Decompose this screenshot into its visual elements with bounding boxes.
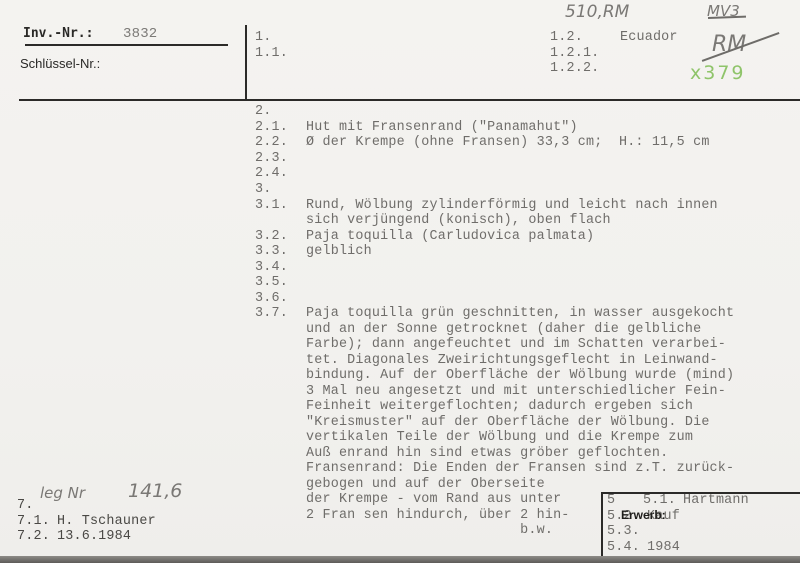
acquisition-box-left — [601, 492, 603, 563]
acquisition-row: 5.3. — [607, 524, 749, 540]
row-number: 3.6. — [255, 291, 306, 307]
row-text: gelblich — [306, 244, 372, 259]
section-number: 5 — [607, 493, 643, 509]
list-item: Feinheit weitergeflochten; dadurch ergeb… — [255, 399, 734, 415]
row-origin: 1.2.Ecuador — [550, 30, 678, 46]
row-number: 7.1. — [17, 514, 57, 530]
list-item: 3.3.gelblich — [255, 244, 734, 260]
spacer — [245, 100, 246, 400]
vendor-name: Hartmann — [683, 493, 749, 508]
list-item: Fransenrand: Die Enden der Fransen sind … — [255, 461, 734, 477]
record-date: 13.6.1984 — [57, 529, 131, 544]
row-text: vertikalen Teile der Wölbung und die Kre… — [306, 430, 693, 445]
row-number: 2.1. — [255, 120, 306, 136]
card-bottom-edge — [0, 556, 800, 563]
list-item: 7. — [17, 498, 156, 514]
row-text: b.w. — [306, 523, 553, 538]
row-text: bindung. Auf der Oberfläche der Wölbung … — [306, 368, 734, 383]
list-item: 2.2.Ø der Krempe (ohne Fransen) 33,3 cm;… — [255, 135, 710, 151]
list-item: sich verjüngend (konisch), oben flach — [255, 213, 734, 229]
section-2: 2. 2.1.Hut mit Fransenrand ("Panamahut")… — [255, 104, 710, 182]
section-1-left: 1. 1.1. — [255, 30, 288, 61]
handwritten-price: 510,RM — [565, 2, 629, 22]
row-text: "Kreismuster" auf der Oberfläche der Wöl… — [306, 415, 710, 430]
row-text: Paja toquilla (Carludovica palmata) — [306, 229, 594, 244]
row-text: Feinheit weitergeflochten; dadurch ergeb… — [306, 399, 693, 414]
acquisition-row: 55.1.Hartmann — [607, 493, 749, 509]
row-text: Fransenrand: Die Enden der Fransen sind … — [306, 461, 734, 476]
list-item: 7.2.13.6.1984 — [17, 529, 156, 545]
handwritten-green-code: x379 — [690, 62, 746, 84]
row-number: 1.2. — [550, 30, 620, 46]
list-item: 2.1.Hut mit Fransenrand ("Panamahut") — [255, 120, 710, 136]
row-number: 7. — [17, 498, 57, 514]
row-number: 1.2.2. — [550, 61, 599, 76]
header-vertical-divider — [245, 25, 247, 100]
row-text: Rund, Wölbung zylinderförmig und leicht … — [306, 198, 718, 213]
list-item: 3.5. — [255, 275, 734, 291]
inventory-number-label: Inv.-Nr.: — [23, 26, 93, 41]
row-1-1: 1.1. — [255, 46, 288, 62]
row-number: 7.2. — [17, 529, 57, 545]
inventory-underline — [25, 44, 228, 46]
list-item: 3.1.Rund, Wölbung zylinderförmig und lei… — [255, 198, 734, 214]
row-number: 3. — [255, 182, 306, 198]
list-item: 3.4. — [255, 260, 734, 276]
row-number: 3.2. — [255, 229, 306, 245]
list-item: Farbe); dann angefeuchtet und im Schatte… — [255, 337, 734, 353]
row-number: 2.3. — [255, 151, 306, 167]
row-text: und an der Sonne getrocknet (daher die g… — [306, 322, 701, 337]
row-number: 5.4. — [607, 540, 647, 556]
catalog-card: Inv.-Nr.: 3832 Schlüssel-Nr.: 1. 1.1. 1.… — [0, 0, 800, 560]
row-number: 3.3. — [255, 244, 306, 260]
list-item: 3.2.Paja toquilla (Carludovica palmata) — [255, 229, 734, 245]
row-1: 1. — [255, 30, 288, 46]
row-text: 2 Fran sen hindurch, über 2 hin- — [306, 508, 570, 523]
list-item: 3.7.Paja toquilla grün geschnitten, in w… — [255, 306, 734, 322]
recorder-name: H. Tschauner — [57, 514, 156, 529]
origin-country: Ecuador — [620, 30, 678, 45]
row-text: tet. Diagonales Zweirichtungsgeflecht in… — [306, 353, 718, 368]
list-item: 7.1.H. Tschauner — [17, 514, 156, 530]
section-3: 3.3.1.Rund, Wölbung zylinderförmig und l… — [255, 182, 734, 539]
row-text: Auß enrand hin sind etwas gröber gefloch… — [306, 446, 668, 461]
inventory-number-value: 3832 — [123, 27, 157, 43]
acquisition-year: 1984 — [647, 540, 680, 555]
list-item: 2.4. — [255, 166, 710, 182]
header-bottom-rule — [19, 99, 800, 101]
acquisition-row: 5.4.1984 — [607, 540, 749, 556]
list-item: vertikalen Teile der Wölbung und die Kre… — [255, 430, 734, 446]
key-number-label: Schlüssel-Nr.: — [20, 56, 100, 71]
row-1-2-2: 1.2.2. — [550, 61, 678, 77]
list-item: 3. — [255, 182, 734, 198]
list-item: und an der Sonne getrocknet (daher die g… — [255, 322, 734, 338]
list-item: 3 Mal neu angesetzt und mit unterschiedl… — [255, 384, 734, 400]
row-number: 5.3. — [607, 524, 647, 540]
list-item: 3.6. — [255, 291, 734, 307]
list-item: 2.3. — [255, 151, 710, 167]
row-number: 3.1. — [255, 198, 306, 214]
row-number: 2.4. — [255, 166, 306, 182]
list-item: bindung. Auf der Oberfläche der Wölbung … — [255, 368, 734, 384]
row-number: 3.4. — [255, 260, 306, 276]
section-7: 7. 7.1.H. Tschauner 7.2.13.6.1984 — [17, 498, 156, 545]
list-item: tet. Diagonales Zweirichtungsgeflecht in… — [255, 353, 734, 369]
section-1-right: 1.2.Ecuador 1.2.1. 1.2.2. — [550, 30, 678, 77]
acquisition-label: Erwerb: — [621, 508, 666, 522]
row-text: 3 Mal neu angesetzt und mit unterschiedl… — [306, 384, 726, 399]
row-number: 2.2. — [255, 135, 306, 151]
list-item: 2. — [255, 104, 710, 120]
list-item: gebogen und auf der Oberseite — [255, 477, 734, 493]
row-number: 2. — [255, 104, 306, 120]
row-text: Paja toquilla grün geschnitten, in wasse… — [306, 306, 734, 321]
row-text: Farbe); dann angefeuchtet und im Schatte… — [306, 337, 726, 352]
list-item: Auß enrand hin sind etwas gröber gefloch… — [255, 446, 734, 462]
row-text: der Krempe - vom Rand aus unter — [306, 492, 561, 507]
acquisition-section: 55.1.Hartmann 5.2.Kauf 5.3. 5.4.1984 — [607, 493, 749, 555]
row-1-2-1: 1.2.1. — [550, 46, 678, 62]
row-number: 1.1. — [255, 46, 288, 61]
row-text: sich verjüngend (konisch), oben flach — [306, 213, 611, 228]
object-name: Hut mit Fransenrand ("Panamahut") — [306, 120, 578, 135]
row-number: 1. — [255, 30, 271, 45]
dimensions: Ø der Krempe (ohne Fransen) 33,3 cm; H.:… — [306, 135, 710, 150]
list-item: "Kreismuster" auf der Oberfläche der Wöl… — [255, 415, 734, 431]
row-number: 3.7. — [255, 306, 306, 322]
row-number: 5.1. — [643, 493, 683, 509]
row-number: 3.5. — [255, 275, 306, 291]
row-text: gebogen und auf der Oberseite — [306, 477, 545, 492]
row-number: 1.2.1. — [550, 46, 599, 61]
